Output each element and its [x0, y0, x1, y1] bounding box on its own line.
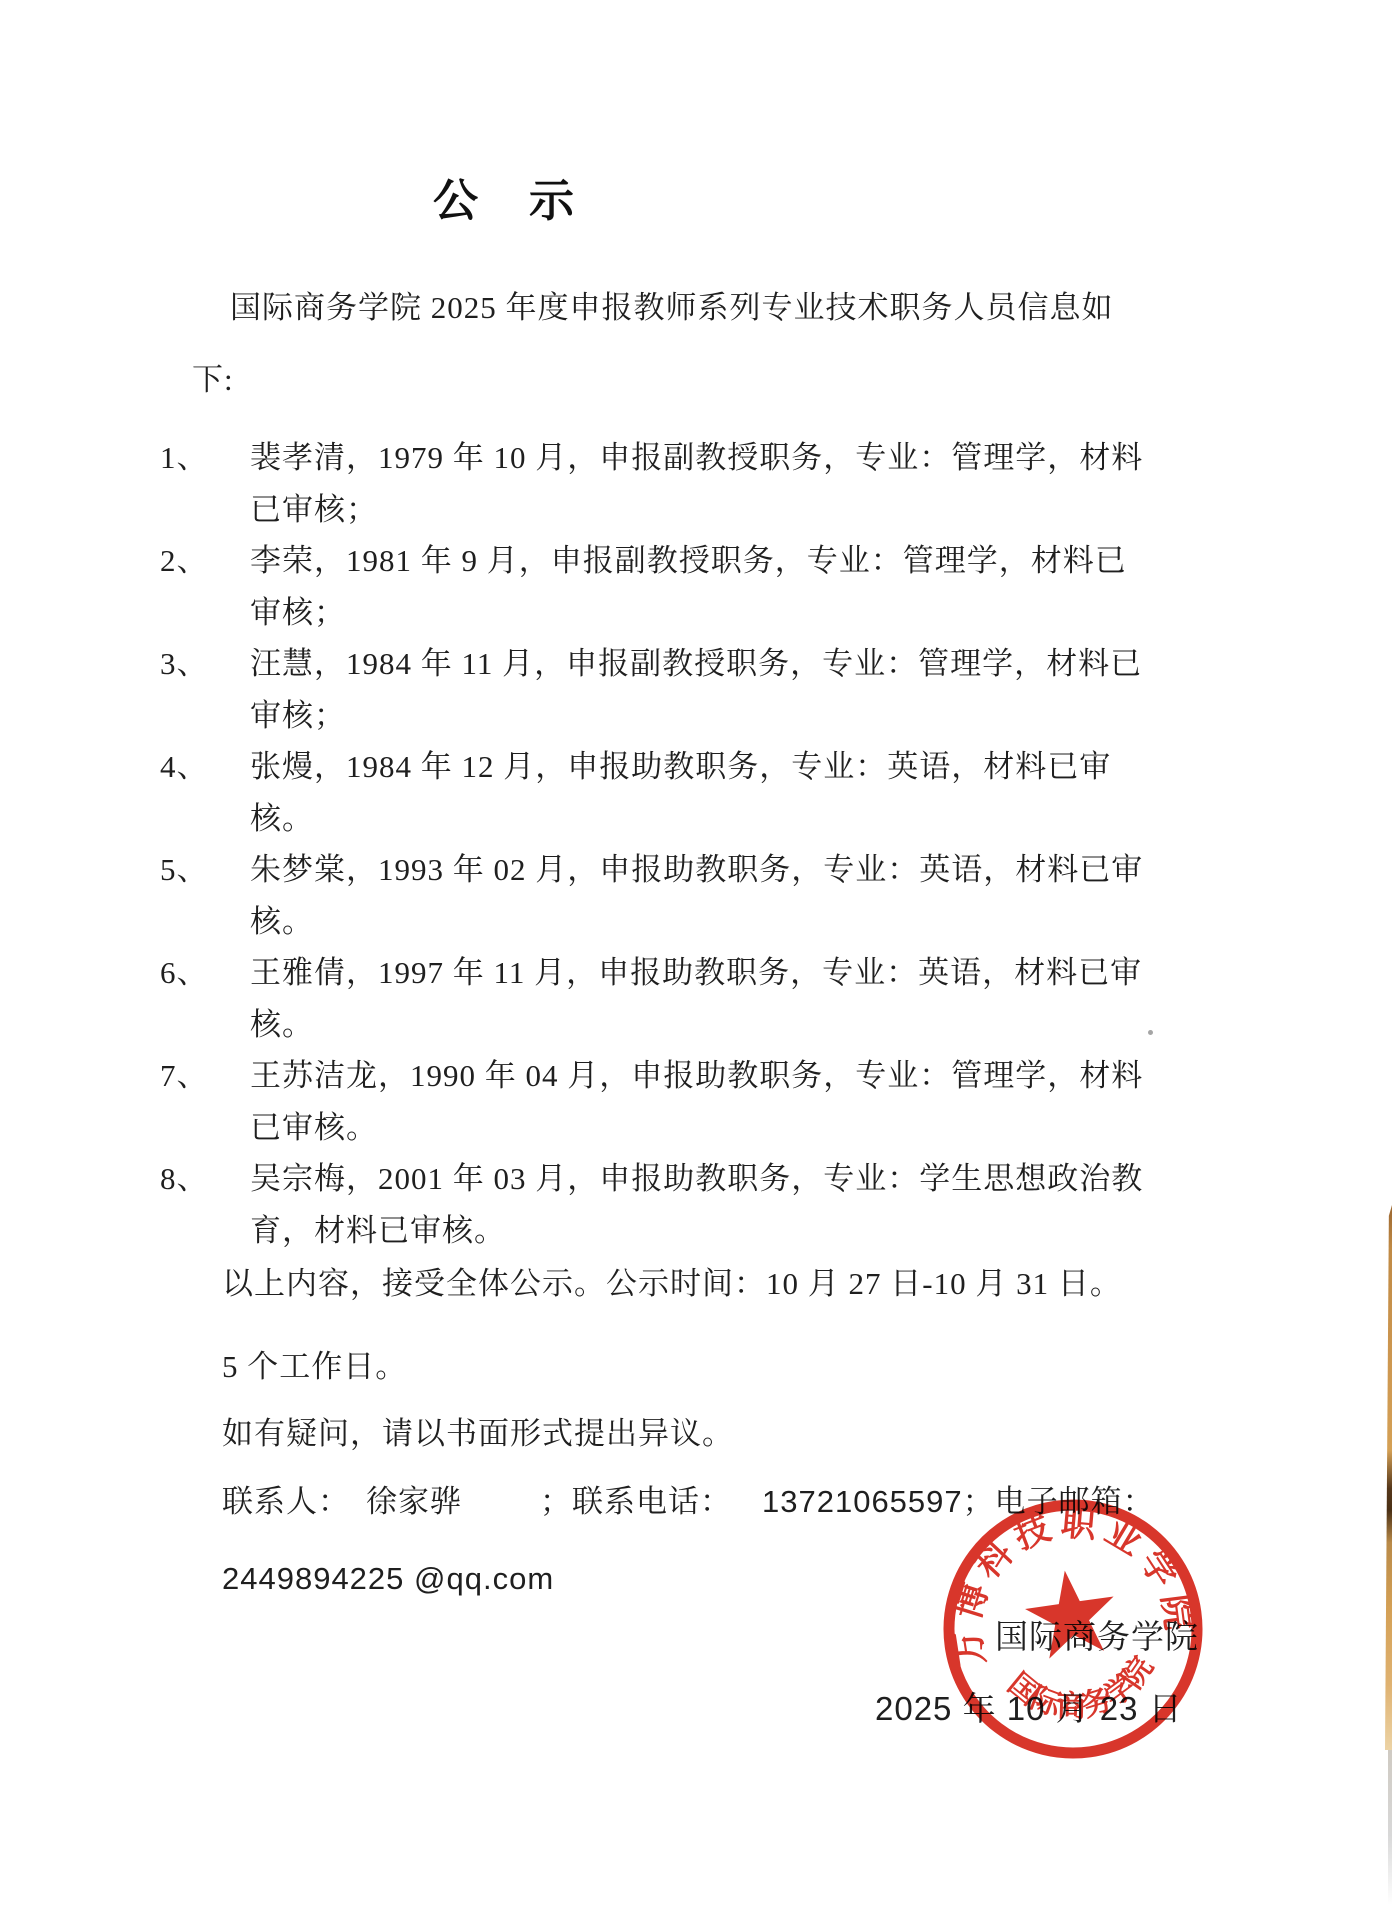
item-line-2: 育，材料已审核。 — [250, 1213, 506, 1249]
contact-email: 2449894225 @qq.com — [222, 1561, 554, 1597]
item-line-2: 审核； — [250, 698, 346, 734]
item-number: 7、 — [160, 1058, 209, 1094]
item-line-1: 李荣，1981 年 9 月，申报副教授职务，专业：管理学，材料已 — [250, 543, 1127, 579]
scanned-notice-page: 公 示 国际商务学院 2025 年度申报教师系列专业技术职务人员信息如 下: 1… — [0, 0, 1392, 1924]
contact-phone-label: ；联系电话： — [540, 1484, 732, 1519]
scan-dust-speck — [1148, 1030, 1153, 1035]
item-number: 6、 — [160, 955, 209, 991]
contact-label: 联系人： — [222, 1484, 350, 1519]
intro-line-1: 国际商务学院 2025 年度申报教师系列专业技术职务人员信息如 — [230, 290, 1114, 326]
item-line-2: 已审核； — [250, 492, 378, 528]
stamp-bottom-text: 国际商务学院 — [998, 1648, 1165, 1735]
item-line-2: 核。 — [250, 1007, 314, 1043]
stamp-bottom-text-holder: 国际商务学院 — [998, 1648, 1165, 1735]
item-line-1: 汪慧，1984 年 11 月，申报副教授职务，专业：管理学，材料已 — [250, 646, 1142, 682]
item-line-2: 审核； — [250, 595, 346, 631]
item-line-2: 已审核。 — [250, 1110, 378, 1146]
closing-workdays-line: 5 个工作日。 — [222, 1349, 407, 1385]
item-line-2: 核。 — [250, 904, 314, 940]
item-line-1: 王雅倩，1997 年 11 月，申报助教职务，专业：英语，材料已审 — [250, 955, 1142, 991]
item-number: 4、 — [160, 749, 209, 785]
contact-name: 徐家骅 — [366, 1484, 462, 1519]
scan-edge-artifact-lower — [1388, 1750, 1392, 1905]
intro-line-2: 下: — [192, 362, 234, 398]
item-line-1: 张熳，1984 年 12 月，申报助教职务，专业：英语，材料已审 — [250, 749, 1111, 785]
closing-summary-line: 以上内容，接受全体公示。公示时间：10 月 27 日-10 月 31 日。 — [222, 1266, 1122, 1302]
stamp-star — [1021, 1564, 1121, 1661]
notice-title: 公 示 — [340, 164, 670, 229]
item-line-2: 核。 — [250, 801, 314, 837]
scan-edge-artifact — [1385, 1205, 1392, 1750]
item-line-1: 朱梦棠，1993 年 02 月，申报助教职务，专业：英语，材料已审 — [250, 852, 1143, 888]
item-number: 1、 — [160, 440, 209, 476]
item-line-1: 裴孝清，1979 年 10 月，申报副教授职务，专业：管理学，材料 — [250, 440, 1143, 476]
item-number: 5、 — [160, 852, 209, 888]
item-number: 8、 — [160, 1161, 209, 1197]
item-number: 2、 — [160, 543, 209, 579]
closing-objection-line: 如有疑问，请以书面形式提出异议。 — [222, 1416, 734, 1452]
official-stamp: 万博科技职业学院 国际商务学院 — [907, 1463, 1239, 1795]
item-line-1: 王苏洁龙，1990 年 04 月，申报助教职务，专业：管理学，材料 — [250, 1058, 1143, 1094]
item-number: 3、 — [160, 646, 209, 682]
item-line-1: 吴宗梅，2001 年 03 月，申报助教职务，专业：学生思想政治教 — [250, 1161, 1143, 1197]
